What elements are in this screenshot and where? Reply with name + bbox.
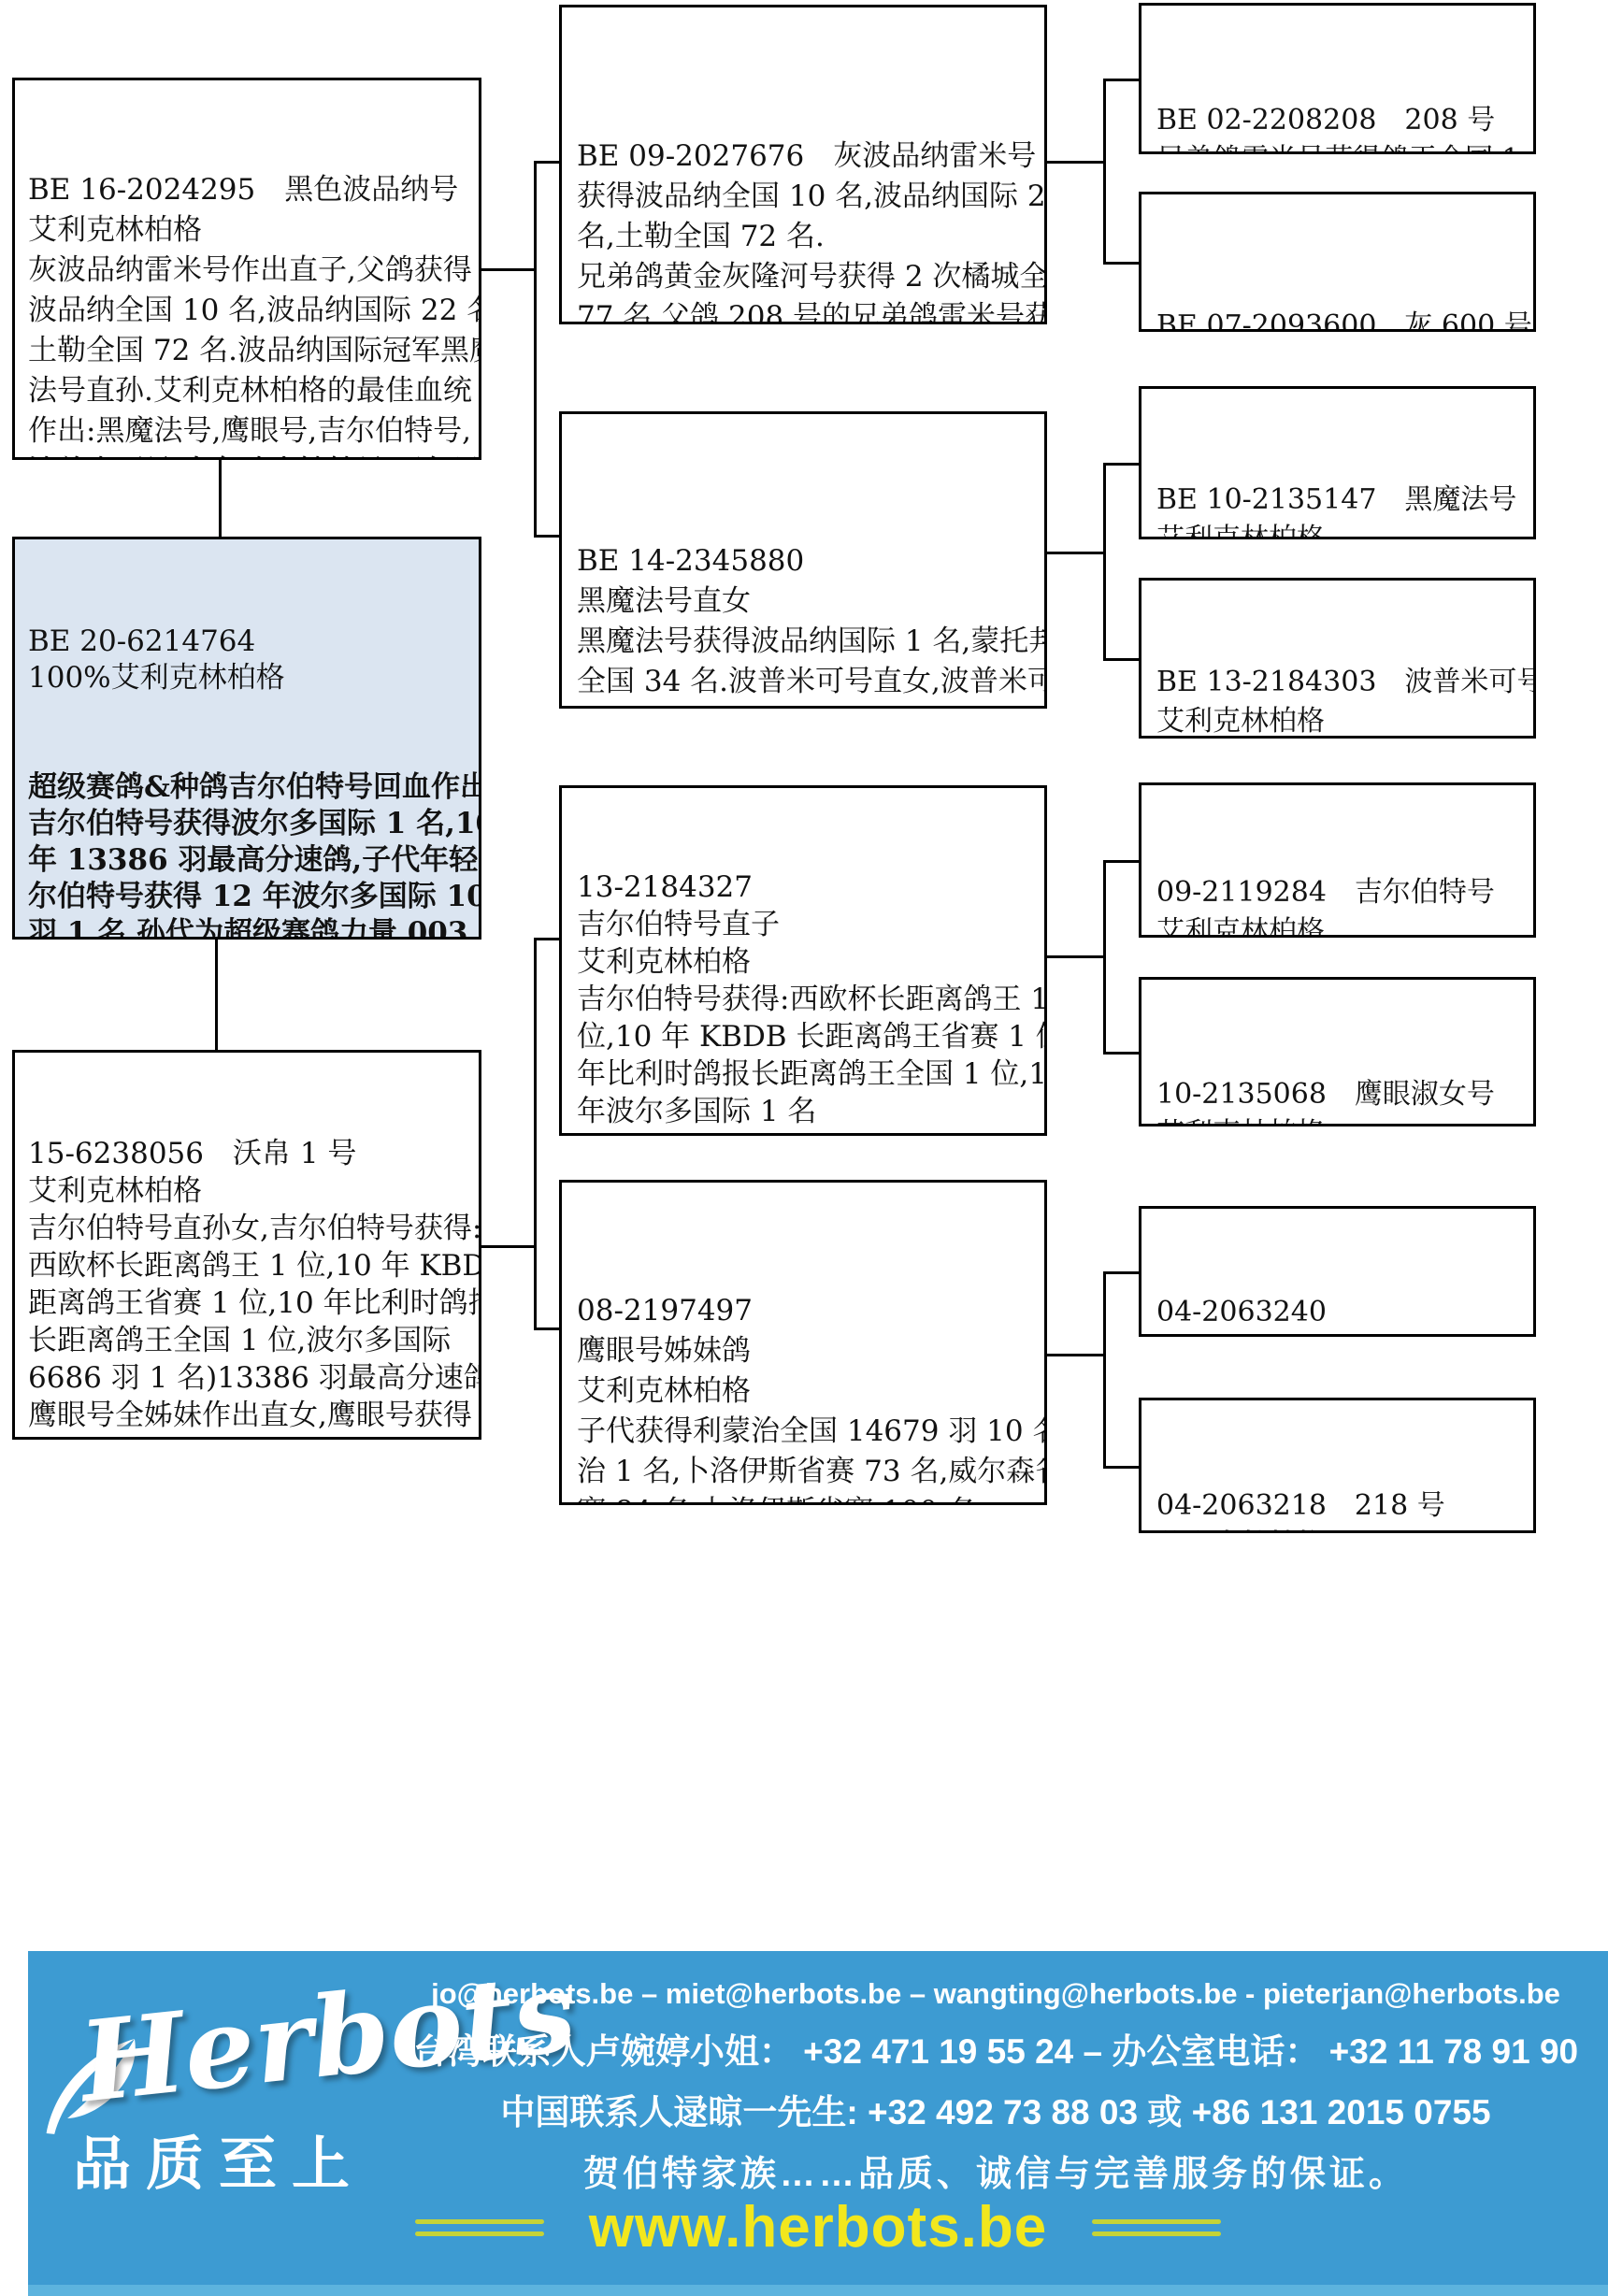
website-row: www.herbots.be [28,2194,1608,2260]
box-text: 15-6238056 沃帛 1 号 艾利克林柏格 吉尔伯特号直孙女,吉尔伯特号获… [28,1135,466,1440]
family-slogan: 贺伯特家族……品质、诚信与完善服务的保证。 [388,2145,1603,2196]
connector-line [1047,955,1105,958]
box-text: 08-2197497 鹰眼号姊妹鸽 艾利克林柏格 子代获得利蒙治全国 14679… [577,1291,1029,1505]
connector-line [1047,1354,1105,1356]
pedigree-box-fff: BE 02-2208208 208 号 兄弟鸽雷米号获得鸽王全国 1 位 [1139,3,1536,154]
connector-line [1103,79,1139,81]
connector-line [1103,1466,1139,1469]
connector-line [1047,552,1105,554]
connector-line [1103,463,1139,466]
connector-line [219,460,222,537]
connector-line [1047,161,1105,164]
pedigree-box-mmm: 04-2063218 218 号 艾利克林柏格 子代鹰眼号 [1139,1398,1536,1533]
footer-banner: Herbots 品质至上 jo@herbots.be – miet@herbot… [28,1951,1608,2296]
box-text: 04-2063240 艾利克林柏格 子代鹰眼号 [1156,1293,1518,1337]
connector-line [1103,1271,1106,1466]
connector-line [534,535,559,538]
pedigree-box-ffm: BE 07-2093600 灰 600 号 子代获得波品纳全国 10 名 [1139,192,1536,332]
contact-taiwan: 台湾联系人卢婉婷小姐： +32 471 19 55 24 – 办公室电话： +3… [388,2023,1603,2074]
box-text: 10-2135068 鹰眼淑女号 艾利克林柏格 12 年鸽报中距离鸽王全国 4 … [1156,1075,1518,1126]
box-text: BE 02-2208208 208 号 兄弟鸽雷米号获得鸽王全国 1 位 [1156,101,1518,154]
pedigree-chart: BE 16-2024295 黑色波品纳号 艾利克林柏格 灰波品纳雷米号作出直子,… [0,0,1608,2296]
connector-line [1103,860,1139,863]
connector-line [1103,262,1139,265]
pedigree-box-mother: 15-6238056 沃帛 1 号 艾利克林柏格 吉尔伯特号直孙女,吉尔伯特号获… [12,1050,481,1440]
box-text: 超级赛鸽&种鸽吉尔伯特号回血作出 吉尔伯特号获得波尔多国际 1 名,10 年 1… [28,769,466,940]
connector-line [481,268,536,271]
box-text: BE 07-2093600 灰 600 号 子代获得波品纳全国 10 名 [1156,307,1518,332]
pedigree-box-fm: BE 14-2345880 黑魔法号直女 黑魔法号获得波品纳国际 1 名,蒙托邦… [559,411,1047,709]
pedigree-box-mmf: 04-2063240 艾利克林柏格 子代鹰眼号 [1139,1206,1536,1337]
banner-bottom-strip [28,2285,1608,2296]
box-text: BE 10-2135147 黑魔法号 艾利克林柏格 波品纳国际 17932 羽 … [1156,481,1518,539]
box-text: 13-2184327 吉尔伯特号直子 艾利克林柏格 吉尔伯特号获得:西欧杯长距离… [577,868,1029,1136]
double-line-decoration [415,2219,544,2236]
pedigree-box-mm: 08-2197497 鹰眼号姊妹鸽 艾利克林柏格 子代获得利蒙治全国 14679… [559,1180,1047,1505]
connector-line [1103,658,1139,661]
contact-block: jo@herbots.be – miet@herbots.be – wangti… [388,1977,1603,2145]
connector-line [534,938,537,1327]
box-text: BE 09-2027676 灰波品纳雷米号 获得波品纳全国 10 名,波品纳国际… [577,136,1029,324]
pedigree-box-fmf: BE 10-2135147 黑魔法号 艾利克林柏格 波品纳国际 17932 羽 … [1139,386,1536,539]
connector-line [1103,860,1106,1052]
connector-line [534,161,537,535]
double-line-decoration [1092,2219,1221,2236]
pedigree-box-fmm: BE 13-2184303 波普米可号 艾利克林柏格 波尔多国际冠军吉尔伯特号直… [1139,578,1536,739]
connector-line [534,161,559,164]
connector-line [1103,1052,1139,1055]
box-text: BE 14-2345880 黑魔法号直女 黑魔法号获得波品纳国际 1 名,蒙托邦… [577,541,1029,709]
website-url: www.herbots.be [589,2194,1048,2260]
box-text: BE 20-6214764 100%艾利克林柏格 [28,624,466,696]
contact-emails: jo@herbots.be – miet@herbots.be – wangti… [388,1977,1603,2011]
connector-line [1103,79,1106,262]
box-text: 09-2119284 吉尔伯特号 艾利克林柏格 波尔多国际冠军,KBDB 鸽王省… [1156,873,1518,938]
connector-line [534,1327,559,1330]
logo-tagline: 品质至上 [73,2117,365,2201]
box-text: 04-2063218 218 号 艾利克林柏格 子代鹰眼号 [1156,1486,1518,1533]
connector-line [215,940,218,1050]
pedigree-box-mf: 13-2184327 吉尔伯特号直子 艾利克林柏格 吉尔伯特号获得:西欧杯长距离… [559,785,1047,1136]
box-text: BE 16-2024295 黑色波品纳号 艾利克林柏格 灰波品纳雷米号作出直子,… [28,170,466,460]
box-text: BE 13-2184303 波普米可号 艾利克林柏格 波尔多国际冠军吉尔伯特号直… [1156,663,1518,739]
pedigree-box-subject: BE 20-6214764 100%艾利克林柏格 超级赛鸽&种鸽吉尔伯特号回血作… [12,537,481,940]
connector-line [481,1245,536,1248]
pedigree-box-father: BE 16-2024295 黑色波品纳号 艾利克林柏格 灰波品纳雷米号作出直子,… [12,78,481,460]
connector-line [534,938,559,940]
connector-line [1103,463,1106,658]
pedigree-box-mff: 09-2119284 吉尔伯特号 艾利克林柏格 波尔多国际冠军,KBDB 鸽王省… [1139,782,1536,938]
connector-line [1103,1271,1139,1274]
pedigree-box-ff: BE 09-2027676 灰波品纳雷米号 获得波品纳全国 10 名,波品纳国际… [559,5,1047,324]
pedigree-box-mfm: 10-2135068 鹰眼淑女号 艾利克林柏格 12 年鸽报中距离鸽王全国 4 … [1139,977,1536,1126]
contact-china: 中国联系人逯晾一先生: +32 492 73 88 03 或 +86 131 2… [388,2084,1603,2134]
